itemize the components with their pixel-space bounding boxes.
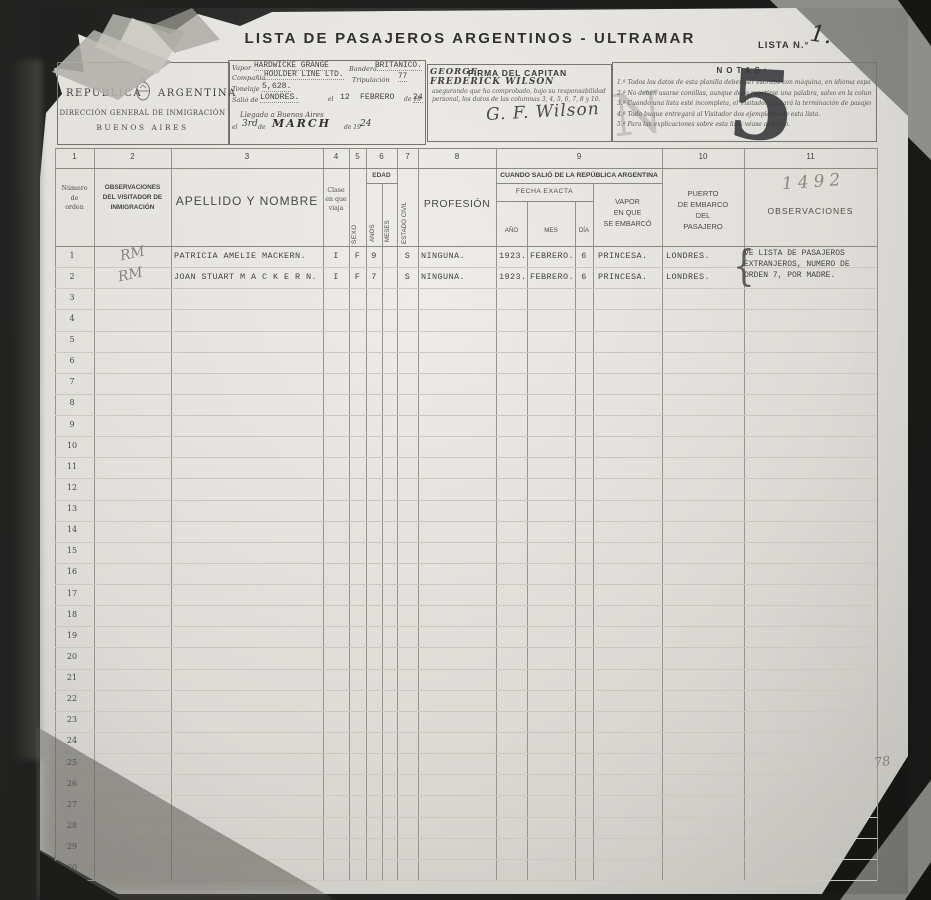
table-row-rule [55, 373, 877, 374]
column-number: 4 [334, 152, 338, 161]
table-grid-hline [55, 168, 877, 169]
table-grid-hline [55, 148, 877, 149]
column-number: 7 [405, 152, 409, 161]
table-row-rule [55, 457, 877, 458]
header-col9-vapor: VAPOR EN QUE SE EMBARCÓ [593, 196, 662, 229]
row-number: 14 [55, 525, 89, 534]
header-col9: CUANDO SALIÓ DE LA REPÚBLICA ARGENTINA [496, 172, 662, 179]
table-row-rule [55, 563, 877, 564]
row-number: 20 [55, 652, 89, 661]
page-left-edge-shadow [12, 60, 42, 760]
table-grid-hline [366, 183, 397, 184]
observation-line: EXTRANJEROS, NUMERO DE [744, 260, 850, 269]
cell-dia: 6 [575, 251, 593, 261]
table-row-rule [55, 436, 877, 437]
cell-sexo: F [349, 251, 366, 261]
row-number: 21 [55, 673, 89, 682]
cell-vapor: PRINCESA. [598, 251, 648, 261]
row-number: 22 [55, 694, 89, 703]
table-row-rule [55, 669, 877, 670]
passenger-table: 1234567891011123456789101112131415161718… [0, 0, 931, 900]
header-col11: OBSERVACIONES [744, 206, 877, 216]
table-row-rule [55, 690, 877, 691]
cell-clase: I [323, 272, 349, 282]
row-number: 5 [55, 335, 89, 344]
row-number: 19 [55, 631, 89, 640]
table-row-rule [55, 331, 877, 332]
table-row-rule [55, 732, 877, 733]
header-col2: OBSERVACIONES DEL VISITADOR DE INMIGRACI… [94, 183, 171, 213]
column-number: 2 [130, 152, 134, 161]
header-col10: PUERTO DE EMBARCO DEL PASAJERO [662, 188, 744, 232]
row-number: 6 [55, 356, 89, 365]
row-number: 1 [55, 251, 89, 260]
header-col1: Número de orden [55, 184, 94, 213]
column-number: 5 [355, 152, 359, 161]
cell-anios: 7 [366, 272, 382, 282]
row-number: 18 [55, 610, 89, 619]
column-number: 6 [379, 152, 383, 161]
row-number: 9 [55, 420, 89, 429]
cell-profesion: NINGUNA. [421, 272, 465, 282]
table-row-rule [55, 521, 877, 522]
row-number: 12 [55, 483, 89, 492]
table-grid-vline [496, 148, 497, 880]
header-col5-sexo: SEXO [351, 198, 358, 244]
cell-anio: 1923. [499, 272, 527, 282]
row-number: 8 [55, 398, 89, 407]
column-number: 10 [699, 152, 708, 161]
header-col7-estado-civil: ESTADO CIVIL [401, 188, 408, 244]
row-number: 23 [55, 715, 89, 724]
cell-vapor: PRINCESA. [598, 272, 648, 282]
table-grid-vline [418, 148, 419, 880]
cell-estado_civil: S [397, 251, 418, 261]
row-number: 16 [55, 567, 89, 576]
page-content: LISTA DE PASAJEROS ARGENTINOS - ULTRAMAR… [0, 0, 931, 900]
cell-sexo: F [349, 272, 366, 282]
table-grid-hline [496, 183, 662, 184]
table-row-rule [55, 605, 877, 606]
row-number: 17 [55, 589, 89, 598]
row-number: 10 [55, 441, 89, 450]
header-col9-mes: MES [527, 227, 575, 234]
column-number: 3 [245, 152, 249, 161]
table-row-rule [55, 711, 877, 712]
row-number: 15 [55, 546, 89, 555]
header-col9-anio: AÑO [496, 227, 527, 234]
table-row-rule [55, 626, 877, 627]
cell-visitador: RM [119, 244, 147, 265]
table-grid-vline [171, 148, 172, 880]
table-row-rule [55, 352, 877, 353]
table-row-rule [55, 584, 877, 585]
header-col9-fecha: FECHA EXACTA [496, 188, 593, 195]
table-row-rule [55, 542, 877, 543]
table-row-rule [55, 500, 877, 501]
header-col6-meses: MESES [384, 192, 391, 242]
cell-visitador: RM [117, 265, 145, 286]
header-col4: Clase en que viaja [323, 186, 349, 213]
cell-profesion: NINGUNA. [421, 251, 465, 261]
cell-mes: FEBRERO. [530, 272, 574, 282]
column-number: 8 [455, 152, 459, 161]
table-grid-vline [662, 148, 663, 880]
cell-nombre: JOAN STUART M A C K E R N. [174, 272, 317, 282]
row-number: 2 [55, 272, 89, 281]
header-col6-anios: AÑOS [369, 192, 376, 242]
table-row-rule [55, 753, 877, 754]
row-number: 3 [55, 293, 89, 302]
cell-clase: I [323, 251, 349, 261]
header-col9-dia: DÍA [575, 227, 593, 234]
row-number: 13 [55, 504, 89, 513]
corner-note-handwritten: 78 [873, 754, 891, 771]
column-number: 9 [577, 152, 581, 161]
document-photo: LISTA DE PASAJEROS ARGENTINOS - ULTRAMAR… [0, 0, 931, 900]
table-row-rule [55, 478, 877, 479]
header-col8: PROFESIÓN [418, 198, 496, 210]
cell-mes: FEBRERO. [530, 251, 574, 261]
header-col6-edad: EDAD [366, 172, 397, 179]
cell-puerto: LONDRES. [666, 251, 710, 261]
table-grid-hline [496, 201, 593, 202]
table-row-rule [55, 795, 877, 796]
observation-line: VE LISTA DE PASAJEROS [744, 249, 845, 258]
column-number: 1 [72, 152, 76, 161]
cell-nombre: PATRICIA AMELIE MACKERN. [174, 251, 306, 261]
table-row-rule [55, 415, 877, 416]
table-row-rule [55, 774, 877, 775]
cell-puerto: LONDRES. [666, 272, 710, 282]
cell-dia: 6 [575, 272, 593, 282]
cell-anios: 9 [366, 251, 382, 261]
row-number: 7 [55, 377, 89, 386]
table-row-rule [55, 647, 877, 648]
observation-line: ORDEN 7, POR MADRE. [744, 271, 835, 280]
table-row-rule [55, 309, 877, 310]
header-col3: APELLIDO Y NOMBRE [171, 194, 323, 208]
table-row-rule [55, 394, 877, 395]
column-number: 11 [806, 152, 814, 161]
row-number: 4 [55, 314, 89, 323]
cell-estado_civil: S [397, 272, 418, 282]
row-number: 11 [55, 462, 89, 471]
cell-anio: 1923. [499, 251, 527, 261]
